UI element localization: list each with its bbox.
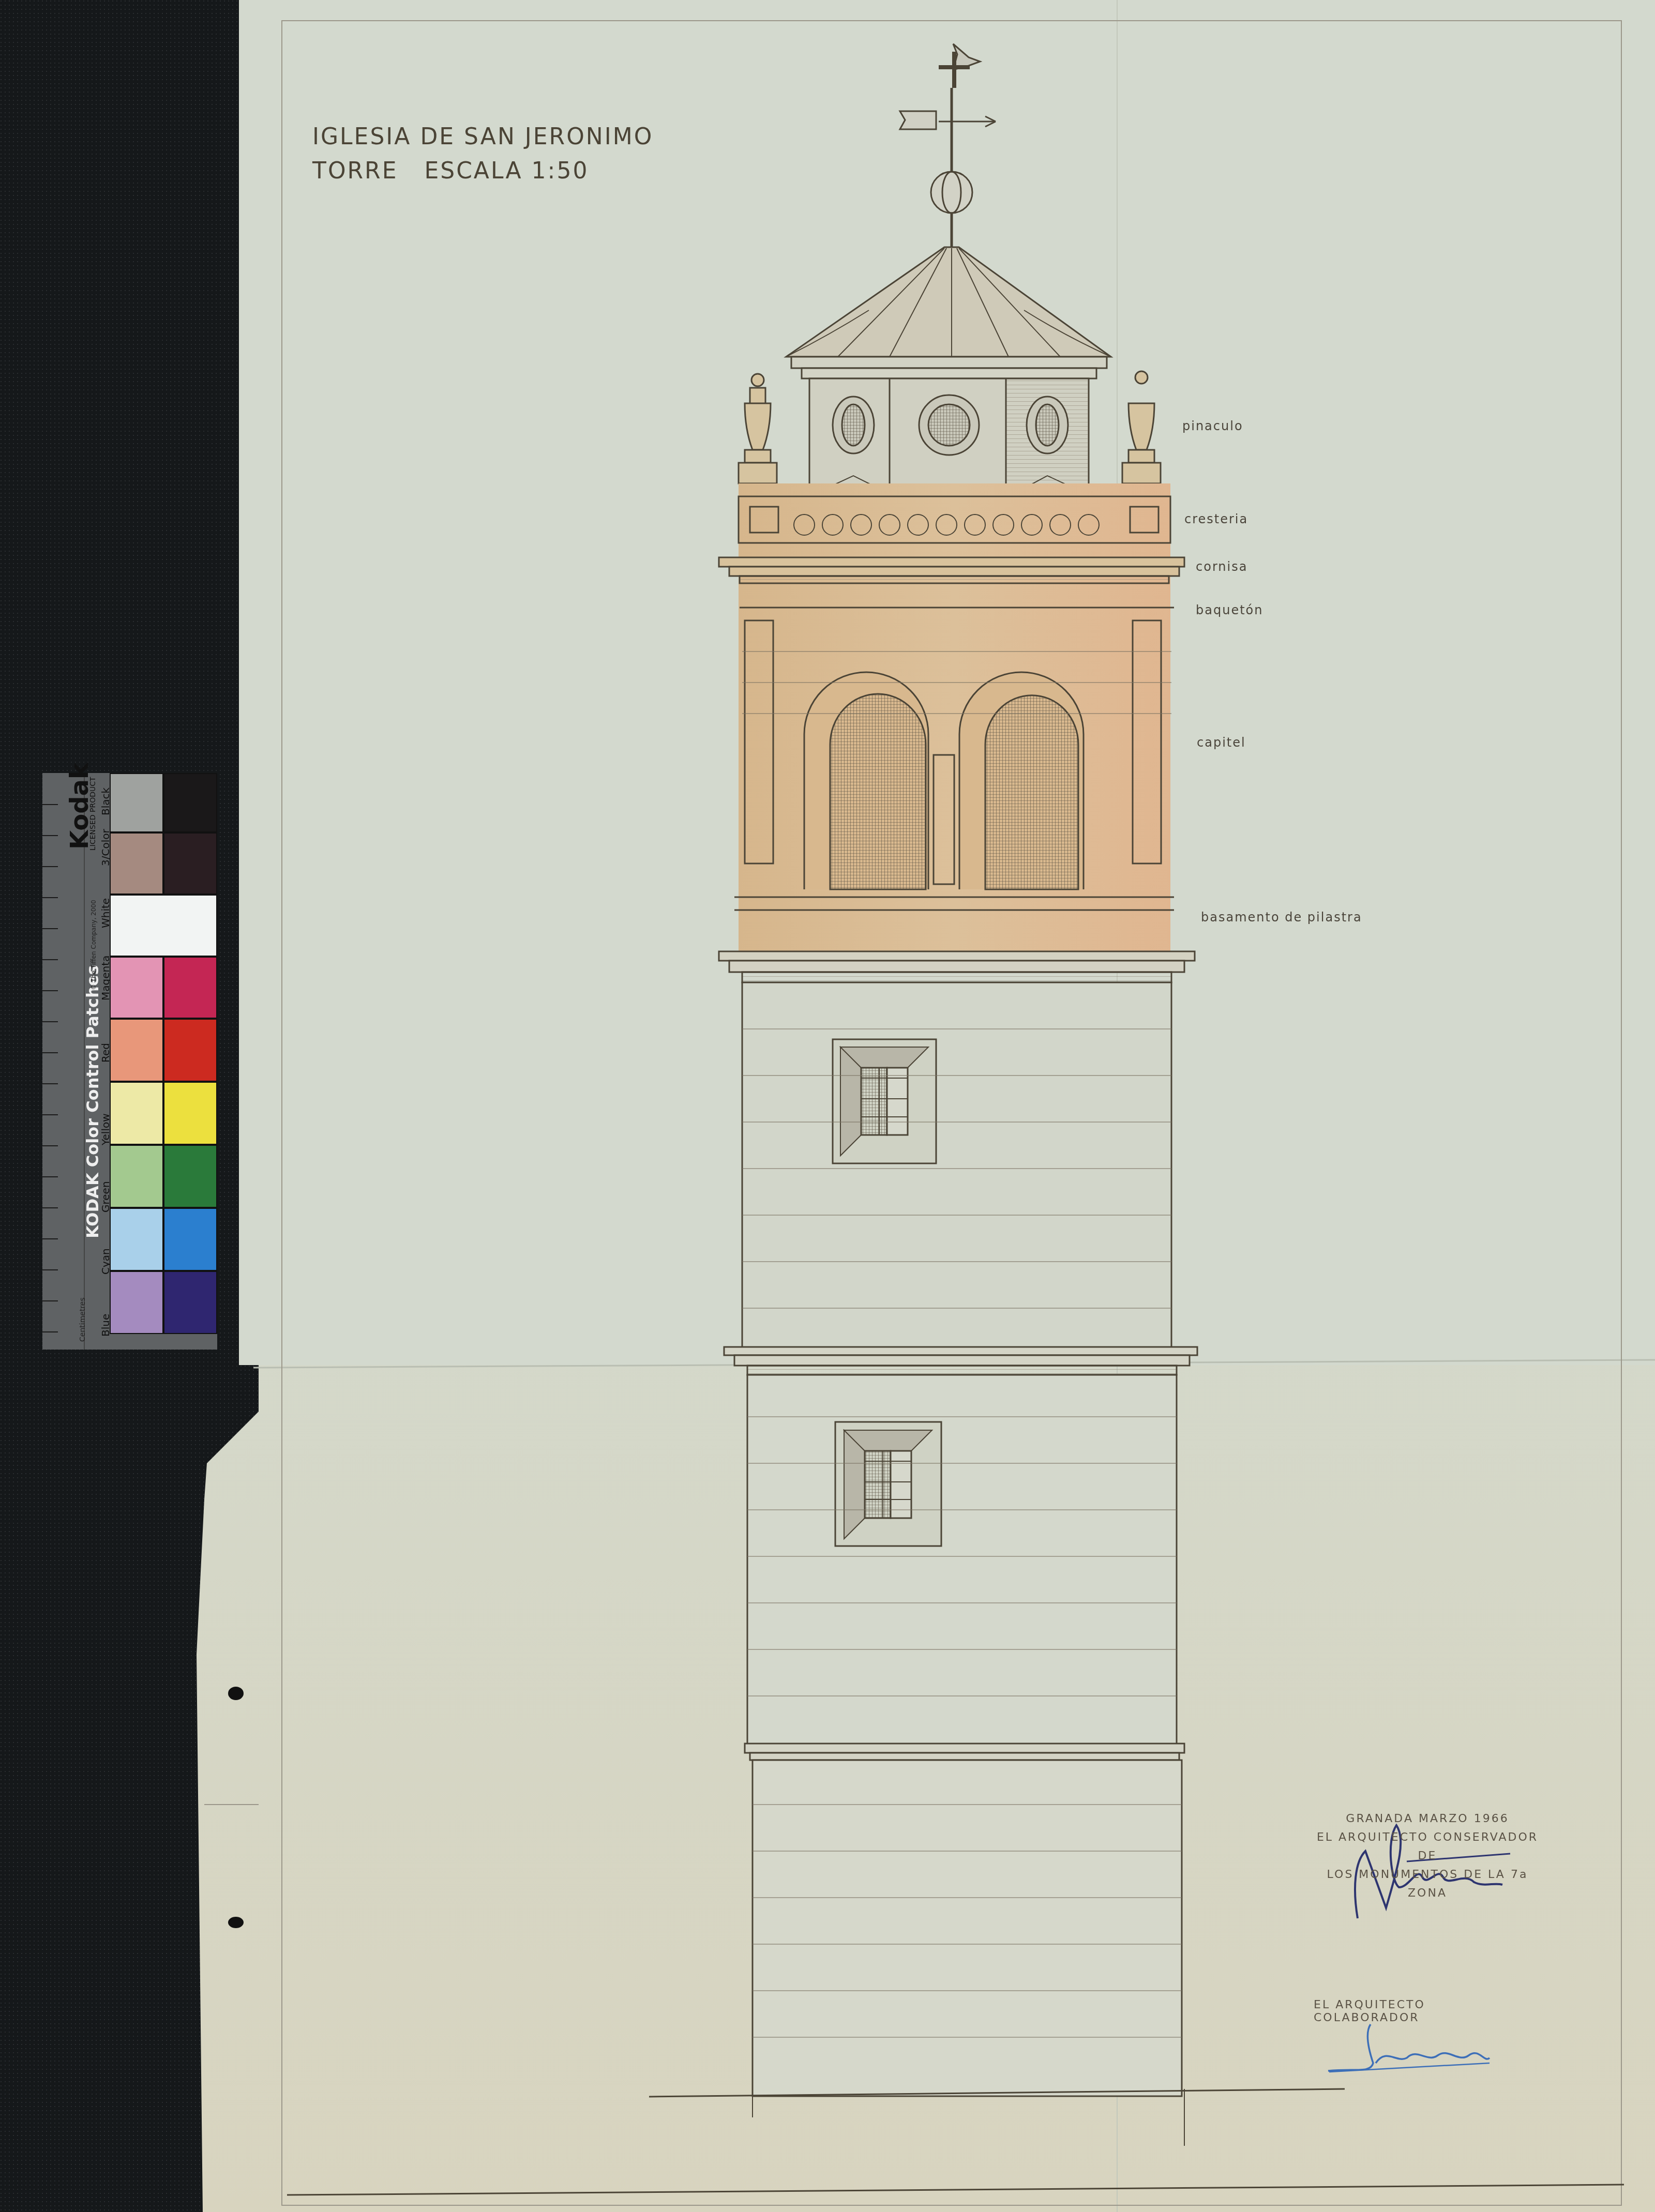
ruler	[42, 773, 85, 1350]
label-baqueton: baquetón	[1196, 603, 1263, 617]
patch-cyan-light	[110, 1208, 163, 1271]
patch-yellow-light	[110, 1082, 163, 1145]
kodak-copyright: © The Tiffen Company, 2000	[90, 900, 97, 990]
patch-cyan-dark	[163, 1208, 217, 1271]
patch-3color-light	[110, 832, 163, 895]
patch-blue-dark	[163, 1271, 217, 1334]
label-cresteria: cresteria	[1184, 512, 1248, 526]
patch-yellow-dark	[163, 1082, 217, 1145]
color-patches	[110, 773, 217, 1350]
title-scale: TORRE ESCALA 1:50	[312, 154, 653, 188]
kodak-licensed: LICENSED PRODUCT	[89, 777, 97, 851]
collaborator-role: EL ARQUITECTO COLABORADOR	[1314, 1998, 1531, 2024]
architect-role-2: LOS MONUMENTOS DE LA 7a ZONA	[1308, 1866, 1546, 1903]
title-block: GRANADA MARZO 1966 EL ARQUITECTO CONSERV…	[1308, 1810, 1546, 1903]
title-building: IGLESIA DE SAN JERONIMO	[312, 120, 653, 154]
patch-green-light	[110, 1145, 163, 1208]
kodak-units: Centimetres	[79, 1297, 87, 1342]
patch-white	[110, 895, 217, 957]
label-pinaculo: pinaculo	[1182, 419, 1243, 433]
label-cornisa: cornisa	[1196, 559, 1247, 574]
patch-magenta-dark	[163, 957, 217, 1019]
patch-3color-dark	[163, 832, 217, 895]
patch-gray	[110, 773, 163, 832]
patch-black	[163, 773, 217, 832]
kodak-color-strip: KODAK Color Control Patches Kodak LICENS…	[42, 773, 217, 1350]
patch-red-dark	[163, 1019, 217, 1082]
patch-blue-light	[110, 1271, 163, 1334]
place-date: GRANADA MARZO 1966	[1308, 1810, 1546, 1828]
architect-role-1: EL ARQUITECTO CONSERVADOR DE	[1308, 1828, 1546, 1866]
patch-red-light	[110, 1019, 163, 1082]
patch-magenta-light	[110, 957, 163, 1019]
label-basamento: basamento de pilastra	[1201, 910, 1362, 925]
drawing-title: IGLESIA DE SAN JERONIMO TORRE ESCALA 1:5…	[312, 120, 653, 188]
patch-green-dark	[163, 1145, 217, 1208]
label-capitel: capitel	[1197, 735, 1246, 750]
